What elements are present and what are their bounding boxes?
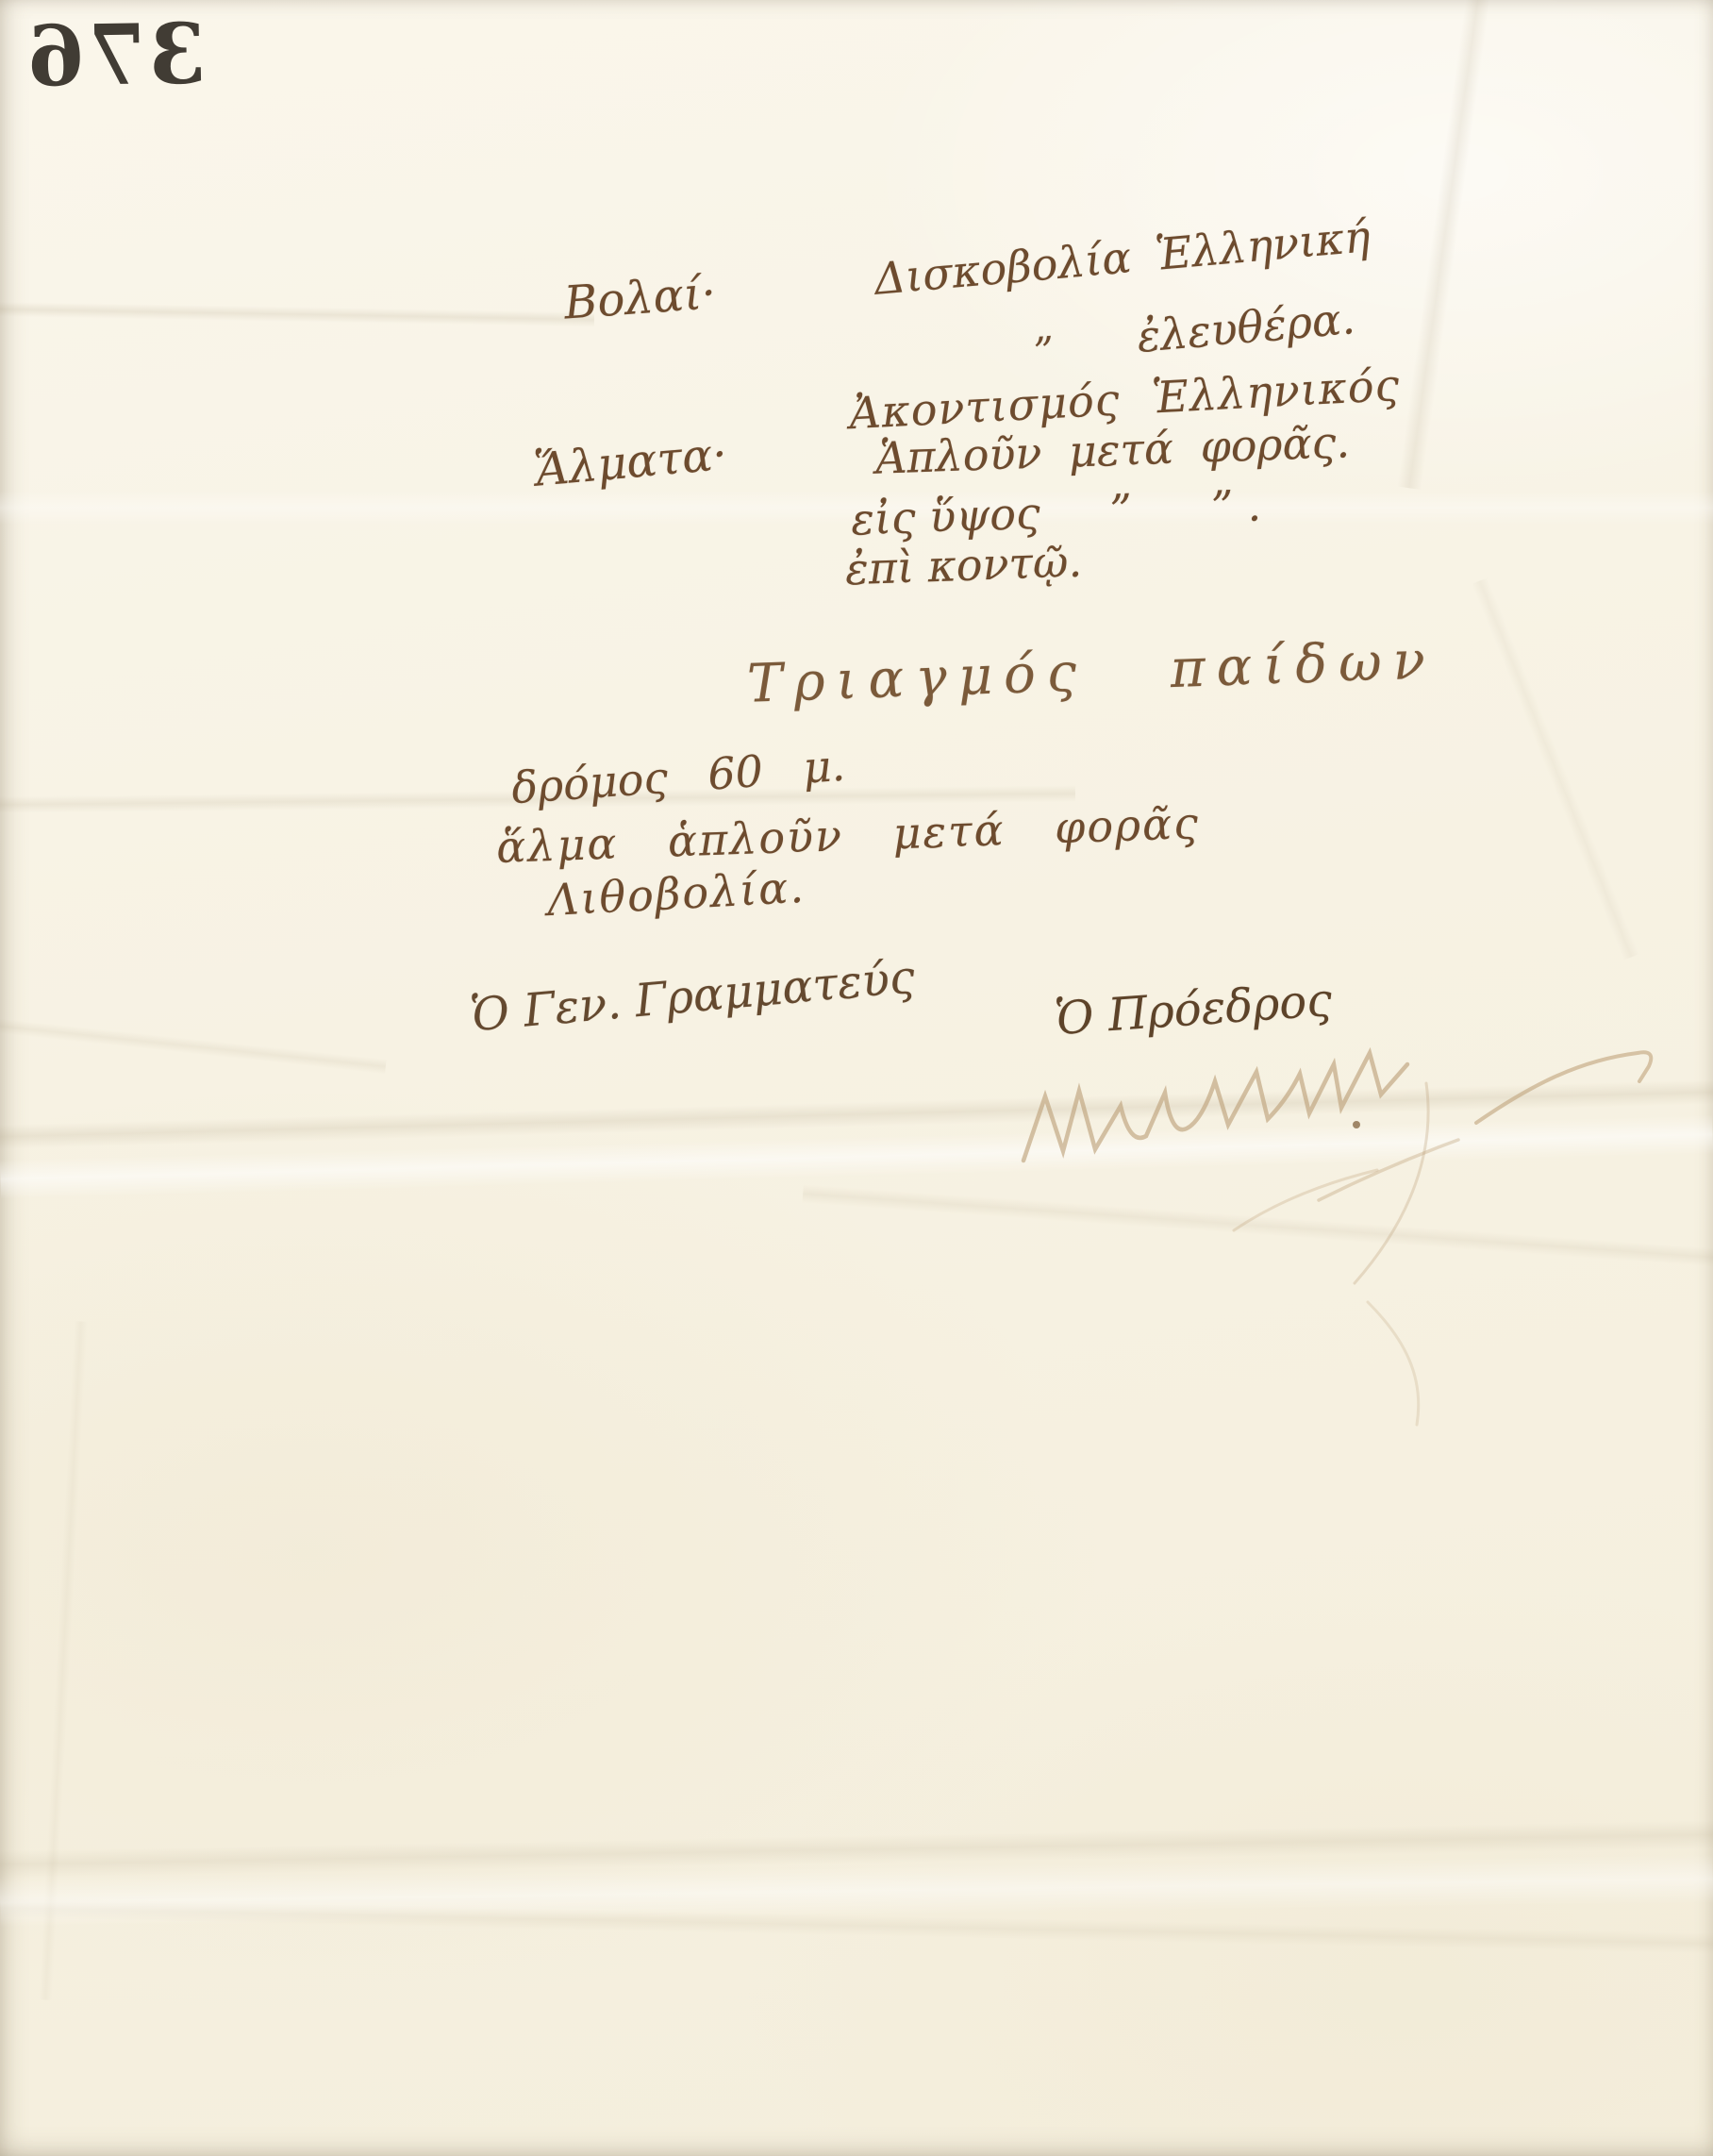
ditto-mark: ” .	[1210, 479, 1262, 532]
throws-entry-discus-free: ἐλευθέρα.	[1135, 292, 1356, 362]
throws-entry-discus-qualifier: Ἑλληνική	[1154, 210, 1372, 280]
jumps-section-label: Ἅλματα·	[532, 427, 729, 497]
jumps-entry-high: εἰς ὕψος”” .	[850, 479, 1262, 544]
jumps-entry-pole-vault: ἐπὶ κοντῷ.	[844, 536, 1083, 595]
manuscript-page: 376 Βολαί· ΔισκοβολίαἙλληνική ” ἐλευθέρα…	[0, 0, 1713, 2156]
president-signature-scrawl	[981, 1019, 1698, 1510]
president-signature-title: Ὁ Πρόεδρος	[1053, 974, 1333, 1045]
word-gap	[1121, 412, 1153, 414]
word-gap	[1132, 270, 1156, 272]
throws-entry-javelin-qualifier: Ἑλληνικός	[1151, 359, 1402, 424]
boys-contest-item-stone-throw: Λιθοβολία.	[546, 861, 807, 926]
secretary-signature-title: Ὁ Γεν. Γραμματεύς	[468, 951, 916, 1043]
paper-crease	[803, 1184, 1713, 1269]
throws-section-label: Βολαί·	[562, 266, 718, 329]
paper-highlight	[0, 1854, 1713, 1927]
paper-crease	[0, 1819, 1713, 1879]
page-number-stamp-mirrored: 376	[24, 4, 207, 105]
paper-crease	[39, 1321, 88, 2000]
throws-entry-discus: ΔισκοβολίαἙλληνική	[873, 210, 1372, 305]
paper-crease	[0, 1897, 1713, 1955]
throws-entry-discus-event: Δισκοβολία	[873, 231, 1134, 305]
ditto-mark: ”	[1032, 327, 1056, 375]
jumps-entry-high-text: εἰς ὕψος	[850, 488, 1040, 545]
paper-highlight	[0, 1114, 1713, 1199]
paper-crease	[1397, 0, 1495, 490]
ditto-mark: ”	[1109, 484, 1133, 536]
paper-crease	[0, 301, 594, 326]
boys-contest-item-run: δρόμος 60 μ.	[510, 740, 847, 814]
paper-crease	[0, 1079, 1713, 1149]
boys-contest-item-jump: ἅλμα ἁπλοῦν μετά φορᾶς	[495, 797, 1200, 873]
boys-contest-heading: Τριαγμός παίδων	[746, 629, 1438, 714]
paper-crease	[1472, 577, 1639, 960]
paper-crease	[0, 1017, 387, 1075]
